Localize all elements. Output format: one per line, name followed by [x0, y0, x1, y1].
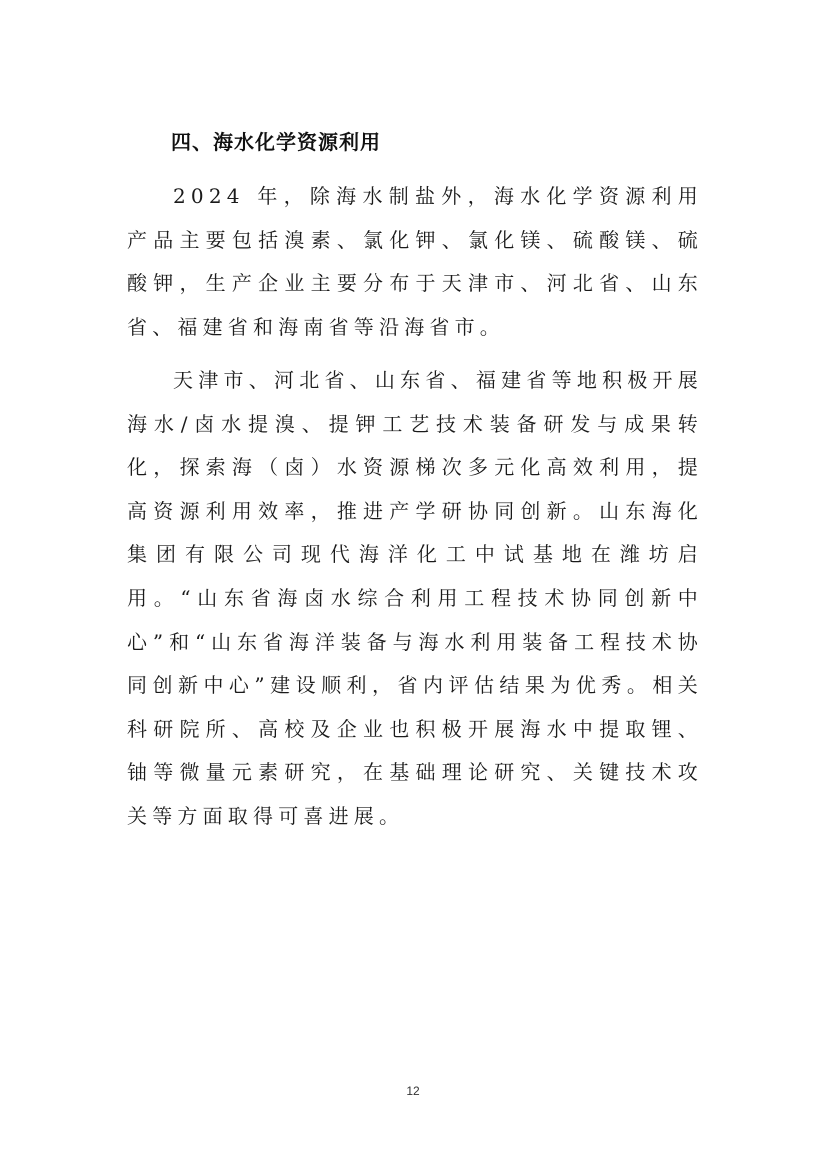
paragraph-products: 2024 年，除海水制盐外，海水化学资源利用产品主要包括溴素、氯化钾、氯化镁、硫…	[127, 175, 703, 349]
paragraph-research: 天津市、河北省、山东省、福建省等地积极开展海水/卤水提溴、提钾工艺技术装备研发与…	[127, 359, 703, 839]
page-number: 12	[0, 1084, 826, 1098]
document-page: 四、海水化学资源利用 2024 年，除海水制盐外，海水化学资源利用产品主要包括溴…	[0, 0, 826, 1169]
section-heading: 四、海水化学资源利用	[171, 129, 381, 155]
